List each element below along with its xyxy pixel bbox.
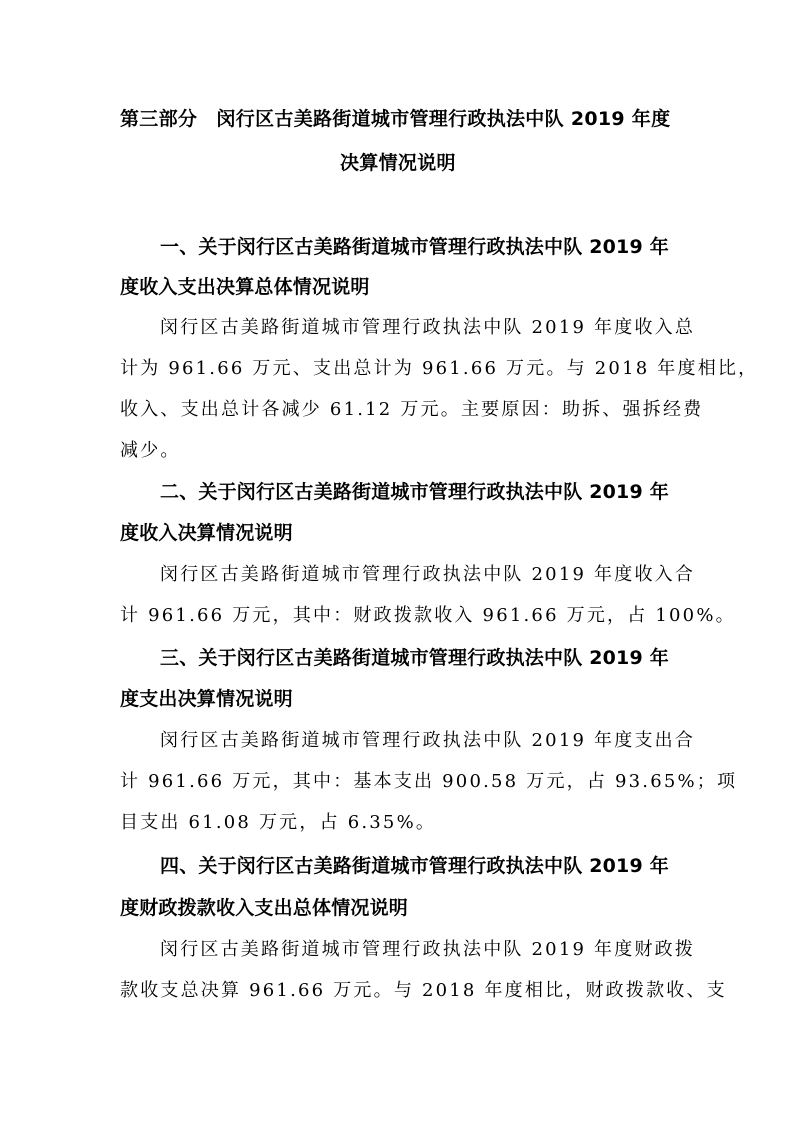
section-1-body-line-3: 收入、支出总计各减少 61.12 万元。主要原因：助拆、强拆经费 (120, 395, 673, 421)
section-2-heading-line-1: 二、关于闵行区古美路街道城市管理行政执法中队 2019 年 (160, 477, 669, 504)
section-1-body-line-1: 闵行区古美路街道城市管理行政执法中队 2019 年度收入总 (160, 313, 695, 339)
document-page: 第三部分 闵行区古美路街道城市管理行政执法中队 2019 年度 决算情况说明 一… (0, 0, 793, 1122)
section-1-heading-line-2: 度收入支出决算总体情况说明 (120, 272, 370, 299)
document-title-line-2: 决算情况说明 (340, 148, 456, 175)
section-4-body-line-1: 闵行区古美路街道城市管理行政执法中队 2019 年度财政拨 (160, 935, 695, 961)
section-3-heading-line-2: 度支出决算情况说明 (120, 684, 293, 711)
section-3-body-line-3: 目支出 61.08 万元，占 6.35%。 (120, 808, 436, 834)
section-3-heading-line-1: 三、关于闵行区古美路街道城市管理行政执法中队 2019 年 (160, 643, 669, 670)
section-2-heading-line-2: 度收入决算情况说明 (120, 518, 293, 545)
section-4-heading-line-1: 四、关于闵行区古美路街道城市管理行政执法中队 2019 年 (160, 851, 669, 878)
section-2-body-line-2: 计 961.66 万元，其中：财政拨款收入 961.66 万元，占 100%。 (120, 601, 736, 627)
document-title-line-1: 第三部分 闵行区古美路街道城市管理行政执法中队 2019 年度 (120, 104, 670, 131)
section-4-body-line-2: 款收支总决算 961.66 万元。与 2018 年度相比，财政拨款收、支 (120, 976, 673, 1002)
section-1-heading-line-1: 一、关于闵行区古美路街道城市管理行政执法中队 2019 年 (160, 232, 669, 259)
section-1-body-line-4: 减少。 (120, 436, 181, 462)
section-3-body-line-2: 计 961.66 万元，其中：基本支出 900.58 万元，占 93.65%；项 (120, 767, 673, 793)
section-2-body-line-1: 闵行区古美路街道城市管理行政执法中队 2019 年度收入合 (160, 560, 695, 586)
section-1-body-line-2: 计为 961.66 万元、支出总计为 961.66 万元。与 2018 年度相比… (120, 354, 673, 380)
section-3-body-line-1: 闵行区古美路街道城市管理行政执法中队 2019 年度支出合 (160, 726, 695, 752)
section-4-heading-line-2: 度财政拨款收入支出总体情况说明 (120, 893, 408, 920)
